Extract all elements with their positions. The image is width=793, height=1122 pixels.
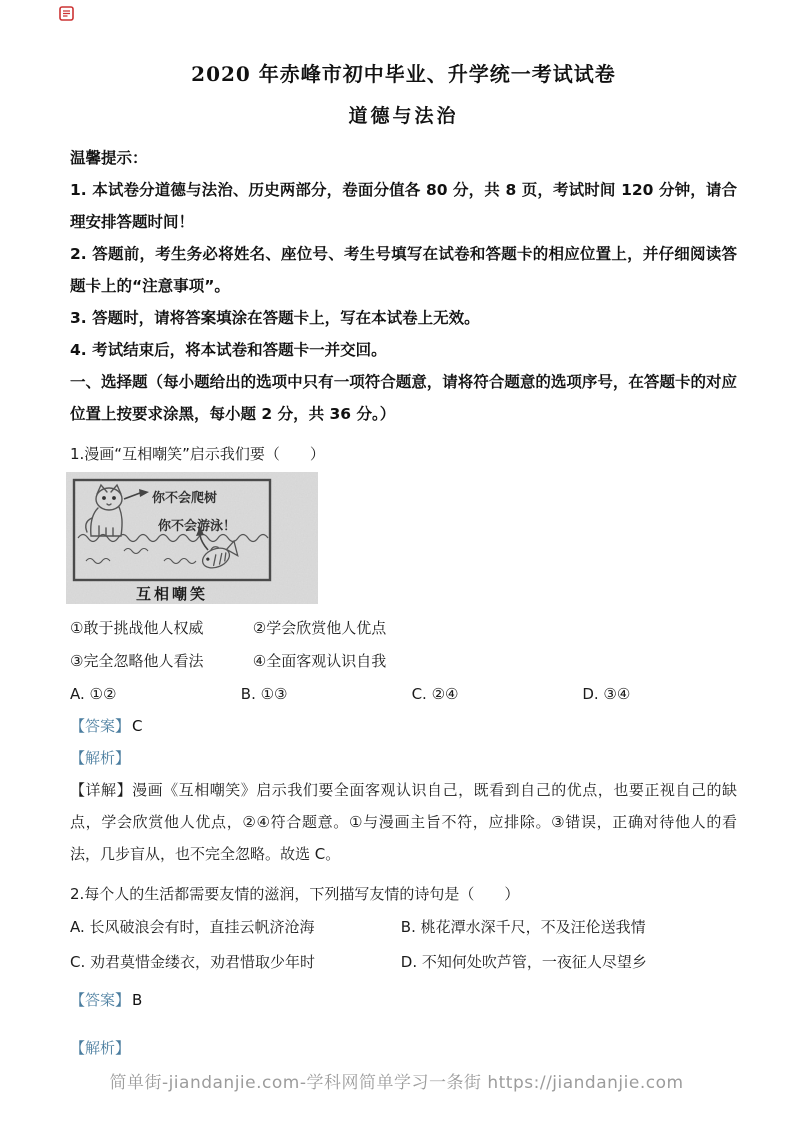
comic-figure: 你不会爬树 你不会游泳！ <box>66 472 318 604</box>
notice-item-2: 2. 答题前，考生务必将姓名、座位号、考生号填写在试卷和答题卡的相应位置上，并仔… <box>70 238 737 302</box>
q2-choice-d: D. 不知何处吹芦管，一夜征人尽望乡 <box>401 953 647 971</box>
notice-item-4: 4. 考试结束后，将本试卷和答题卡一并交回。 <box>70 334 737 366</box>
comic-image: 你不会爬树 你不会游泳！ <box>66 472 318 604</box>
q2-analysis-line: 【解析】 <box>70 1032 737 1064</box>
notice-item-3: 3. 答题时，请将答案填涂在答题卡上，写在本试卷上无效。 <box>70 302 737 334</box>
q1-answer-line: 【答案】C <box>70 710 737 742</box>
q1-answer-value: C <box>130 717 142 735</box>
document-body: 2020 年赤峰市初中毕业、升学统一考试试卷 道德与法治 温馨提示： 1. 本试… <box>70 0 737 1064</box>
question-2-choices-row-2: C. 劝君莫惜金缕衣，劝君惜取少年时 D. 不知何处吹芦管，一夜征人尽望乡 <box>70 945 737 980</box>
comic-caption: 互相嘲笑 <box>136 585 208 603</box>
question-2-choices-row-1: A. 长风破浪会有时，直挂云帆济沧海 B. 桃花潭水深千尺，不及汪伦送我情 <box>70 910 737 945</box>
q2-analysis-label: 【解析】 <box>70 1039 130 1057</box>
footer-watermark: 简单街-jiandanjie.com-学科网简单学习一条街 https://ji… <box>0 1068 793 1093</box>
notice-heading: 温馨提示： <box>70 142 737 174</box>
notice-item-1: 1. 本试卷分道德与法治、历史两部分，卷面分值各 80 分，共 8 页，考试时间… <box>70 174 737 238</box>
q2-choice-c: C. 劝君莫惜金缕衣，劝君惜取少年时 <box>70 945 396 980</box>
q2-choice-b: B. 桃花潭水深千尺，不及汪伦送我情 <box>401 918 646 936</box>
q1-choice-c: C. ②④ <box>412 678 578 710</box>
q1-choice-d: D. ③④ <box>582 678 630 710</box>
sub-option-2: ②学会欣赏他人优点 <box>253 619 386 637</box>
subject-subtitle: 道德与法治 <box>70 101 737 128</box>
question-1-sub-options: ①敢于挑战他人权威 ②学会欣赏他人优点 ③完全忽略他人看法 ④全面客观认识自我 <box>70 612 737 678</box>
q2-answer-value: B <box>130 991 142 1009</box>
q2-choice-a: A. 长风破浪会有时，直挂云帆济沧海 <box>70 910 396 945</box>
fish-speech-label: 你不会游泳！ <box>158 518 236 534</box>
question-2-stem: 2.每个人的生活都需要友情的滋润，下列描写友情的诗句是（ ） <box>70 878 737 910</box>
section-header-multiple-choice: 一、选择题（每小题给出的选项中只有一项符合题意，请将符合题意的选项序号，在答题卡… <box>70 366 737 430</box>
q2-answer-label: 【答案】 <box>70 991 130 1009</box>
sub-option-4: ④全面客观认识自我 <box>253 652 386 670</box>
q1-analysis-line: 【解析】 <box>70 742 737 774</box>
cat-speech-label: 你不会爬树 <box>152 490 217 506</box>
q1-choice-b: B. ①③ <box>241 678 407 710</box>
exam-paper-page: 2020 年赤峰市初中毕业、升学统一考试试卷 道德与法治 温馨提示： 1. 本试… <box>0 0 793 1122</box>
sub-option-3: ③完全忽略他人看法 <box>70 645 248 678</box>
question-1-choices: A. ①② B. ①③ C. ②④ D. ③④ <box>70 678 737 710</box>
question-1-stem: 1.漫画“互相嘲笑”启示我们要（ ） <box>70 438 737 470</box>
q2-answer-line: 【答案】B <box>70 984 737 1016</box>
q1-analysis-label: 【解析】 <box>70 749 130 767</box>
sub-option-1: ①敢于挑战他人权威 <box>70 612 248 645</box>
q1-detail-paragraph: 【详解】漫画《互相嘲笑》启示我们要全面客观认识自己，既看到自己的优点，也要正视自… <box>70 774 737 870</box>
page-title: 2020 年赤峰市初中毕业、升学统一考试试卷 <box>70 58 737 87</box>
q1-choice-a: A. ①② <box>70 678 236 710</box>
q1-answer-label: 【答案】 <box>70 717 130 735</box>
exam-notice: 温馨提示： 1. 本试卷分道德与法治、历史两部分，卷面分值各 80 分，共 8 … <box>70 142 737 366</box>
